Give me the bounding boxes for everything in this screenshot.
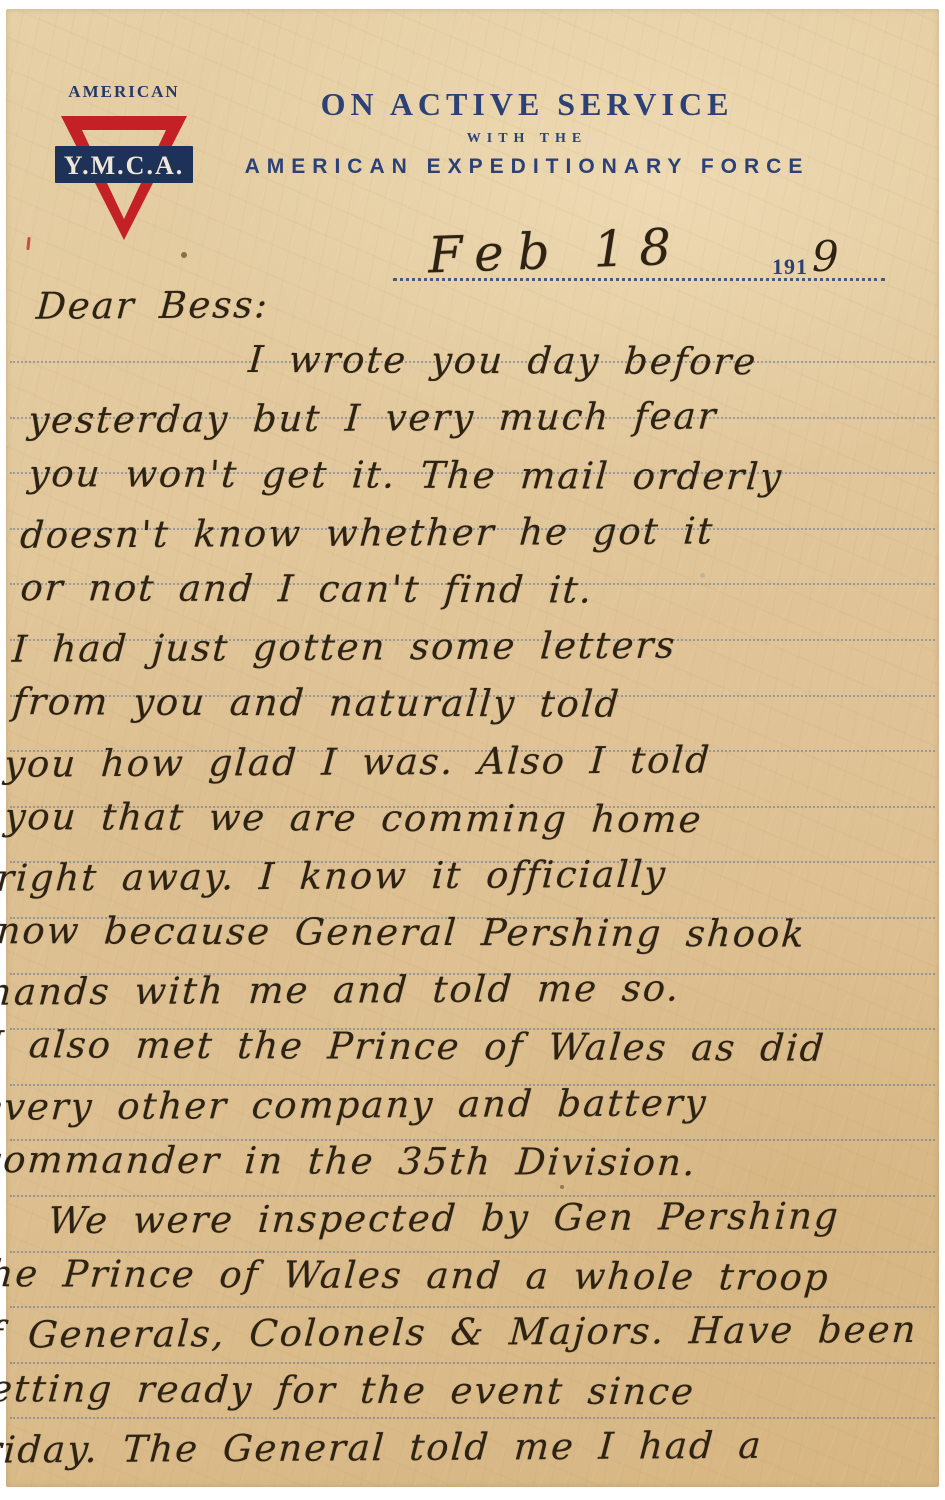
handwriting-line: you won't get it. The mail orderly bbox=[26, 452, 923, 513]
handwriting-line: getting ready for the event since bbox=[0, 1367, 859, 1428]
handwriting-line: you that we are comming home bbox=[2, 795, 899, 856]
letterhead: ON ACTIVE SERVICE WITH THE AMERICAN EXPE… bbox=[230, 86, 824, 179]
handwriting-line: commander in the 35th Division. bbox=[0, 1138, 875, 1199]
handwriting-line: the Prince of Wales and a whole troop bbox=[0, 1252, 867, 1313]
letterhead-org: AMERICAN EXPEDITIONARY FORCE bbox=[230, 155, 824, 179]
letterhead-subtitle: WITH THE bbox=[230, 131, 824, 147]
handwritten-year-digit: 9 bbox=[812, 232, 839, 281]
handwriting-line: right away. I know it officially bbox=[0, 851, 891, 914]
handwriting-line: of Generals, Colonels & Majors. Have bee… bbox=[0, 1309, 859, 1372]
handwriting-line: I also met the Prince of Wales as did bbox=[0, 1024, 883, 1085]
handwriting-line: yesterday but I very much fear bbox=[26, 394, 923, 457]
handwriting-line: every other company and battery bbox=[0, 1080, 875, 1143]
handwriting-line: hands with me and told me so. bbox=[0, 966, 883, 1029]
ymca-triangle-icon: Y.M.C.A. bbox=[49, 106, 199, 246]
printed-year-prefix: 191 bbox=[772, 254, 808, 280]
handwritten-date: Feb 18 bbox=[427, 218, 686, 285]
handwriting-line: We were inspected by Gen Pershing bbox=[0, 1194, 867, 1257]
ymca-logo-text: Y.M.C.A. bbox=[64, 151, 184, 180]
handwriting-line: now because General Pershing shook bbox=[0, 909, 891, 970]
letter-body: Dear Bess: I wrote you day before yester… bbox=[0, 282, 931, 1483]
handwriting-line: doesn't know whether he got it bbox=[18, 508, 915, 571]
paper-speck bbox=[181, 252, 187, 258]
salutation-line: Dear Bess: bbox=[34, 279, 931, 342]
scanned-letter-page: AMERICAN Y.M.C.A. ON ACTIVE SERVICE WITH… bbox=[0, 0, 945, 1500]
ymca-logo: AMERICAN Y.M.C.A. bbox=[46, 82, 202, 246]
ymca-logo-american-label: AMERICAN bbox=[46, 82, 202, 102]
handwriting-line: from you and naturally told bbox=[10, 680, 907, 741]
letterhead-title: ON ACTIVE SERVICE bbox=[230, 86, 824, 123]
handwriting-line: I had just gotten some letters bbox=[10, 622, 907, 685]
handwriting-line: or not and I can't find it. bbox=[18, 566, 915, 627]
handwriting-line: you how glad I was. Also I told bbox=[2, 737, 899, 800]
handwriting-line: I wrote you day before bbox=[34, 337, 931, 398]
handwriting-line: Friday. The General told me I had a bbox=[0, 1423, 851, 1486]
